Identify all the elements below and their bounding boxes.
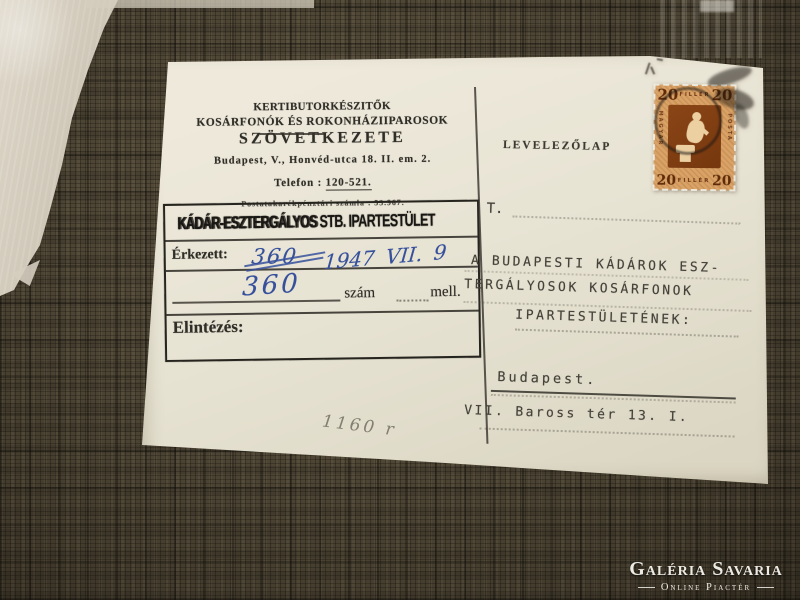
phone-label: Telefon : [274,177,322,189]
stamp-country-right: POSTA [726,113,732,141]
stamp-value-br: 20 [712,173,732,189]
sender-address: Budapest, V., Honvéd-utca 18. II. em. 2. [173,153,473,167]
szam-label: szám [344,285,375,302]
box-row-divider [166,266,478,272]
number-handwritten: 360 [242,268,302,302]
line3-underline-dotted [515,329,739,338]
number-writing-line [172,300,340,304]
addressee-line2: TERGÁLYOSOK KOSÁRFONOK [464,277,694,299]
received-box-title-main: KÁDÁR-ESZTERGÁLYOS [177,212,317,234]
received-label: Érkezett: [172,247,228,264]
mell-dotted-line [396,299,428,301]
sender-header: KERTIBUTORKÉSZITŐK KOSÁRFONÓK ÉS ROKONHÁ… [172,93,472,96]
street-underline-dotted [480,428,735,438]
postcard: KERTIBUTORKÉSZITŐK KOSÁRFONÓK ÉS ROKONHÁ… [142,56,770,486]
watermark-logo: Galéria Savaria Online Piactér [617,558,795,593]
received-stamp-box: KÁDÁR-ESZTERGÁLYOS STB. IPARTESTÜLET Érk… [163,200,481,362]
header-rule [260,133,324,135]
addressee-city: Budapest. [497,369,598,388]
watermark-rule [757,587,774,588]
watermark-rule [638,587,655,588]
resolution-label: Elintézés: [173,317,244,338]
postage-stamp: 20 20 FILLÉR MAGYAR POSTA 20 FILLÉR 20 [653,85,735,191]
sender-org-line1: KERTIBUTORKÉSZITŐK [172,99,472,114]
to-label: T. [486,201,503,218]
torn-paper-fragment [0,0,132,300]
addressee-street: VII. Baross tér 13. I. [464,403,689,425]
cancellation-mark-icon [657,58,663,61]
pencil-note: 1160 r [321,412,398,441]
date-handwritten: 1947 VII. 9 [323,240,448,275]
watermark-title: Galéria Savaria [617,558,795,581]
photo-scene: KERTIBUTORKÉSZITŐK KOSÁRFONÓK ÉS ROKONHÁ… [0,0,800,600]
sender-org-line2: KOSÁRFONÓK ÉS ROKONHÁZIIPAROSOK [172,114,472,129]
sender-org-line3: SZÖVETKEZETE [172,128,472,149]
addressee-block: T. A BUDAPESTI KÁDÁROK ESZ- TERGÁLYOSOK … [459,196,759,457]
watermark-subtitle-row: Online Piactér [617,582,795,593]
box-row-divider [167,310,479,316]
mell-label: mell. [430,284,461,301]
received-box-title: KÁDÁR-ESZTERGÁLYOS STB. IPARTESTÜLET [177,210,435,233]
paper-edge-strip [86,0,314,8]
received-box-title-rest: STB. IPARTESTÜLET [317,210,435,231]
watermark-subtitle: Online Piactér [661,582,751,593]
addressee-line3: IPARTESTÜLETÉNEK: [515,308,693,329]
phone-number: 120-521. [326,176,372,190]
cancellation-mark-icon [650,66,655,74]
postmark-icon [654,87,723,156]
to-dotted-line [512,215,740,224]
tape-glint [700,0,734,12]
sender-phone: Telefon : 120-521. [173,175,473,190]
card-type-label: LEVELEZŐLAP [503,139,611,153]
